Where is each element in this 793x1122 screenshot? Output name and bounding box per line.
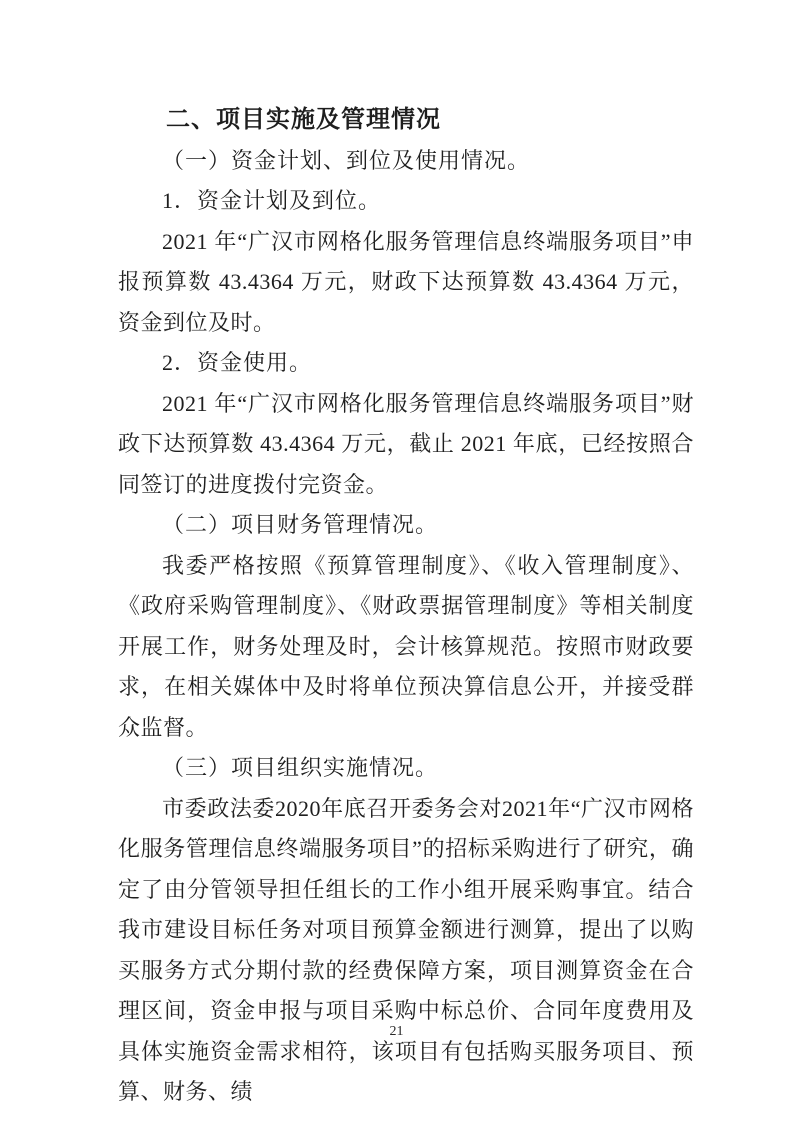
subsection-heading: （二）项目财务管理情况。 [118, 505, 694, 546]
paragraph: 市委政法委2020年底召开委务会对2021年“广汉市网格化服务管理信息终端服务项… [118, 789, 694, 1113]
paragraph: 我委严格按照《预算管理制度》、《收入管理制度》、《政府采购管理制度》、《财政票据… [118, 546, 694, 749]
section-heading: 二、项目实施及管理情况 [118, 100, 694, 141]
subsection-heading: （一）资金计划、到位及使用情况。 [118, 141, 694, 182]
subsection-heading: （三）项目组织实施情况。 [118, 748, 694, 789]
document-body: 二、项目实施及管理情况（一）资金计划、到位及使用情况。1．资金计划及到位。202… [118, 100, 694, 1113]
page-number: 21 [0, 1022, 793, 1042]
document-page: 二、项目实施及管理情况（一）资金计划、到位及使用情况。1．资金计划及到位。202… [0, 0, 793, 1122]
item-heading: 1．资金计划及到位。 [118, 181, 694, 222]
item-heading: 2．资金使用。 [118, 343, 694, 384]
paragraph: 2021 年“广汉市网格化服务管理信息终端服务项目”申报预算数 43.4364 … [118, 222, 694, 344]
paragraph: 2021 年“广汉市网格化服务管理信息终端服务项目”财政下达预算数 43.436… [118, 384, 694, 506]
